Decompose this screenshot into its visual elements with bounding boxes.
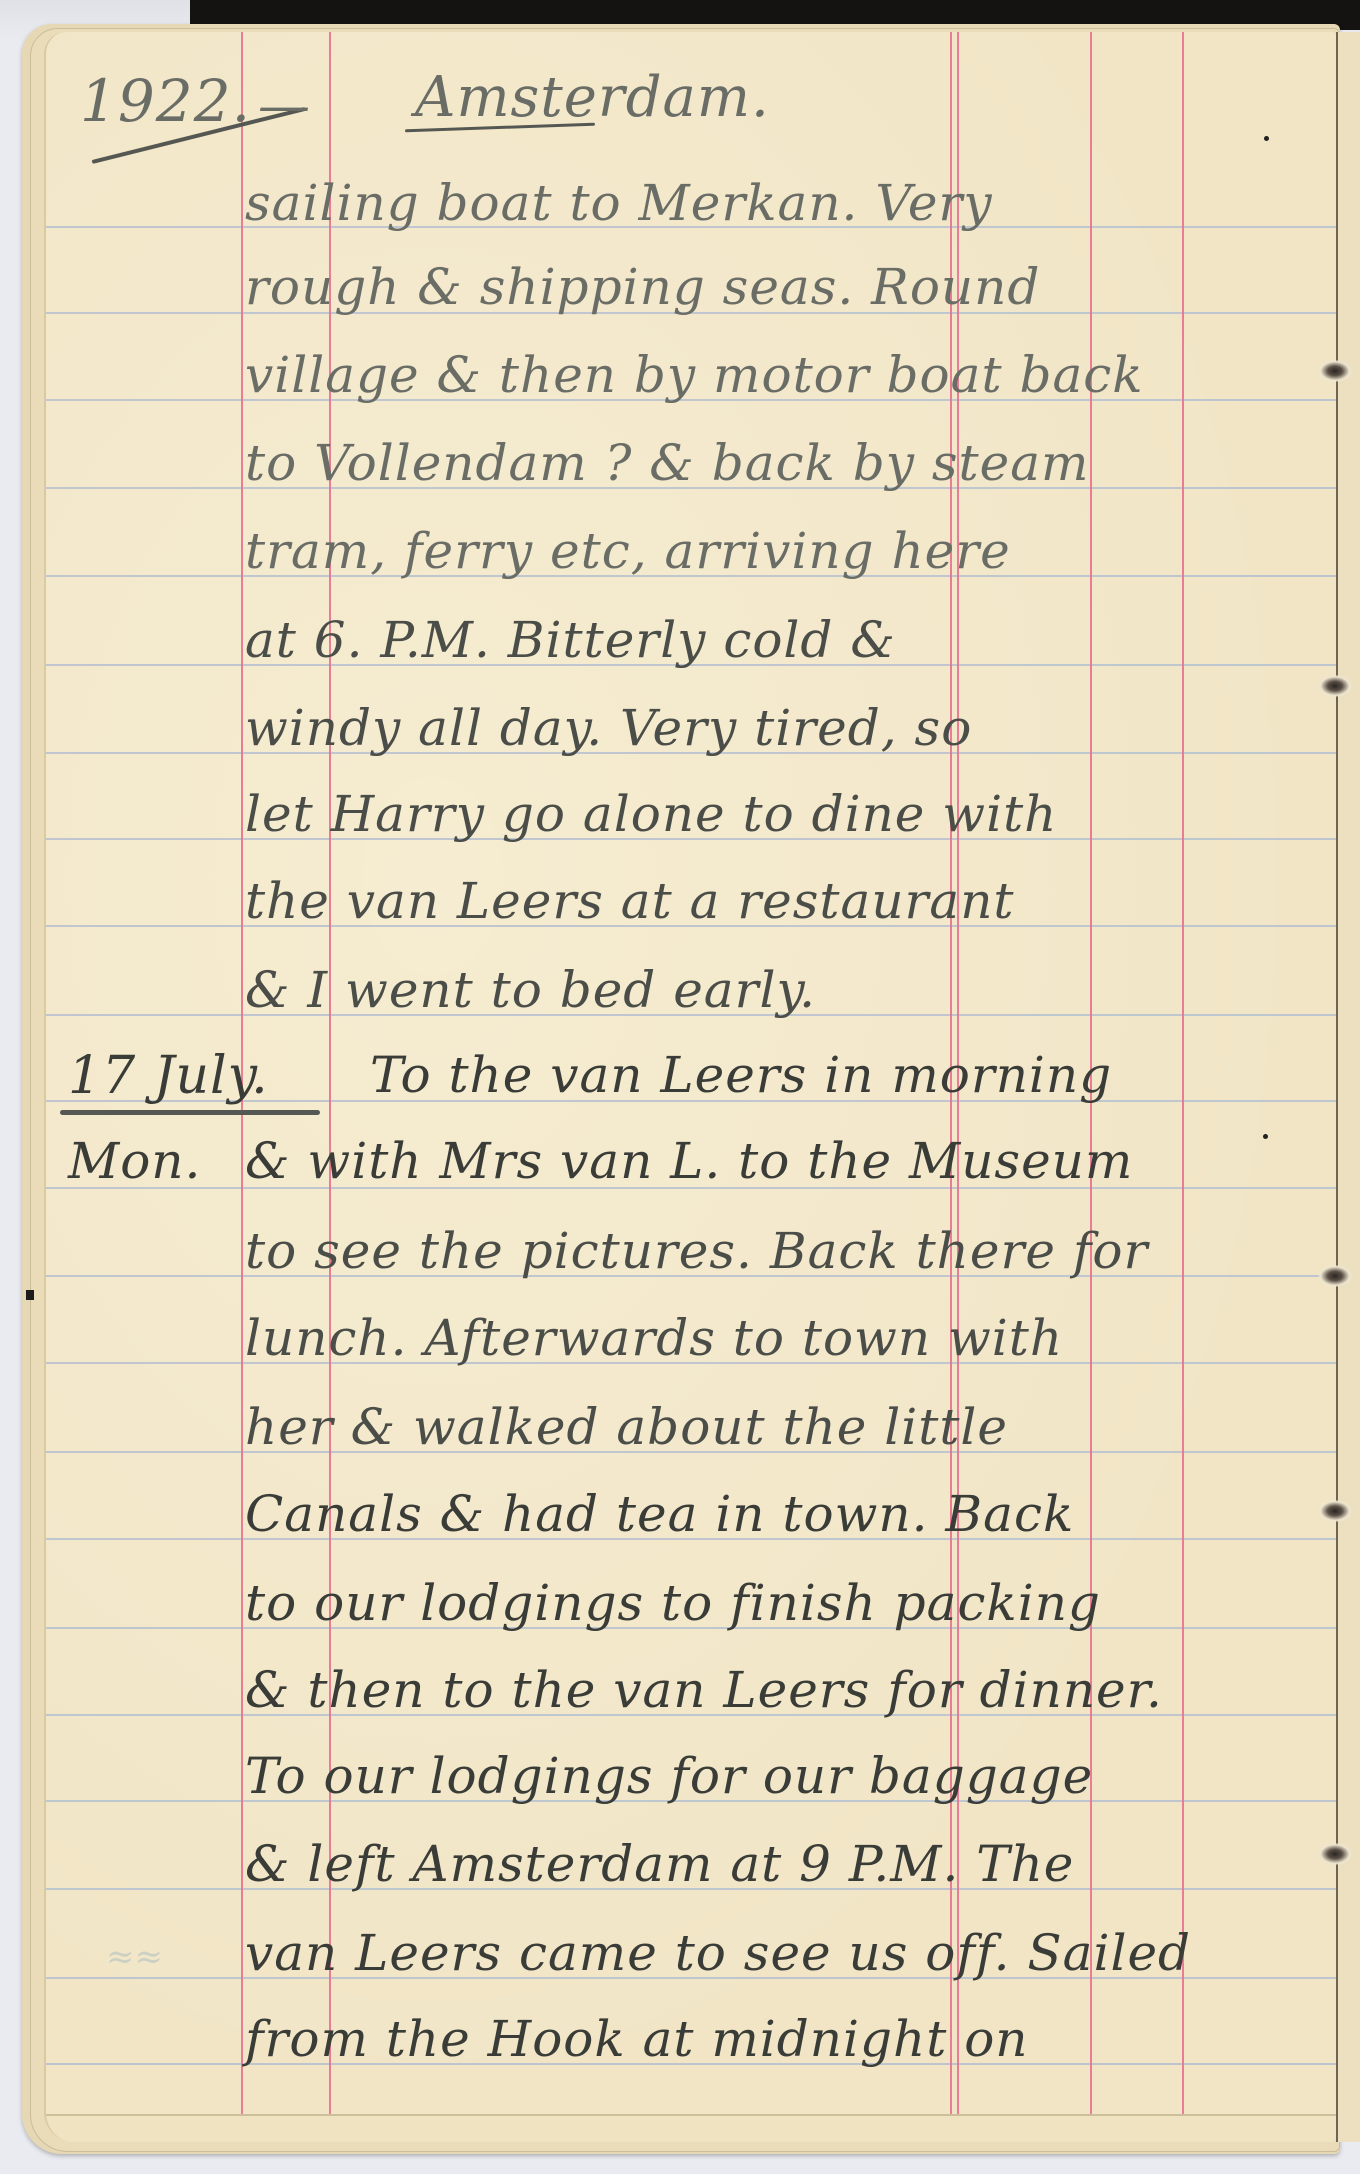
- diary-line: Canals & had tea in town. Back: [245, 1489, 1074, 1539]
- date-underline: [60, 1110, 320, 1115]
- diary-line: lunch. Afterwards to town with: [245, 1313, 1063, 1363]
- diary-line: windy all day. Very tired, so: [245, 703, 972, 753]
- diary-line: village & then by motor boat back: [245, 350, 1144, 400]
- ink-speck: [1263, 1134, 1268, 1139]
- column-rule: [1182, 32, 1184, 2142]
- diary-line: & then to the van Leers for dinner.: [245, 1665, 1163, 1715]
- stitch-hole: [1318, 360, 1352, 382]
- stitch-hole: [1318, 1265, 1352, 1287]
- faint-pencil-mark: ≈≈: [106, 1937, 163, 1977]
- diary-line: tram, ferry etc, arriving here: [245, 526, 1011, 576]
- diary-line: at 6. P.M. Bitterly cold &: [245, 615, 896, 665]
- diary-line: sailing boat to Merkan. Very: [245, 178, 993, 228]
- ink-speck: [1264, 136, 1269, 141]
- diary-line: To the van Leers in morning: [370, 1050, 1112, 1100]
- stitch-hole: [1318, 1843, 1352, 1865]
- diary-line: the van Leers at a restaurant: [245, 876, 1015, 926]
- header-year: 1922.: [80, 72, 251, 130]
- diary-line: & with Mrs van L. to the Museum: [245, 1136, 1133, 1186]
- stitch-hole: [1318, 675, 1352, 697]
- diary-line: & I went to bed early.: [245, 965, 816, 1015]
- diary-line: let Harry go alone to dine with: [245, 789, 1057, 839]
- next-page-edge: [1336, 32, 1360, 2142]
- diary-line: To our lodgings for our baggage: [245, 1751, 1093, 1801]
- diary-line: her & walked about the little: [245, 1402, 1008, 1452]
- diary-line: from the Hook at midnight on: [245, 2014, 1029, 2064]
- diary-line: rough & shipping seas. Round: [245, 262, 1040, 312]
- diary-line: to our lodgings to finish packing: [245, 1578, 1101, 1628]
- stitch-hole: [1318, 1500, 1352, 1522]
- diary-line: to see the pictures. Back there for: [245, 1226, 1148, 1276]
- diary-line: & left Amsterdam at 9 P.M. The: [245, 1839, 1074, 1889]
- diary-line: to Vollendam ? & back by steam: [245, 438, 1089, 488]
- entry-day: Mon.: [68, 1136, 201, 1186]
- margin-speck: [26, 1290, 34, 1300]
- diary-line: van Leers came to see us off. Sailed: [245, 1928, 1191, 1978]
- page-bottom-edge: [46, 2114, 1336, 2142]
- header-dash: —: [258, 80, 311, 132]
- header-location: Amsterdam.: [415, 70, 770, 126]
- entry-date: 17 July.: [68, 1050, 269, 1102]
